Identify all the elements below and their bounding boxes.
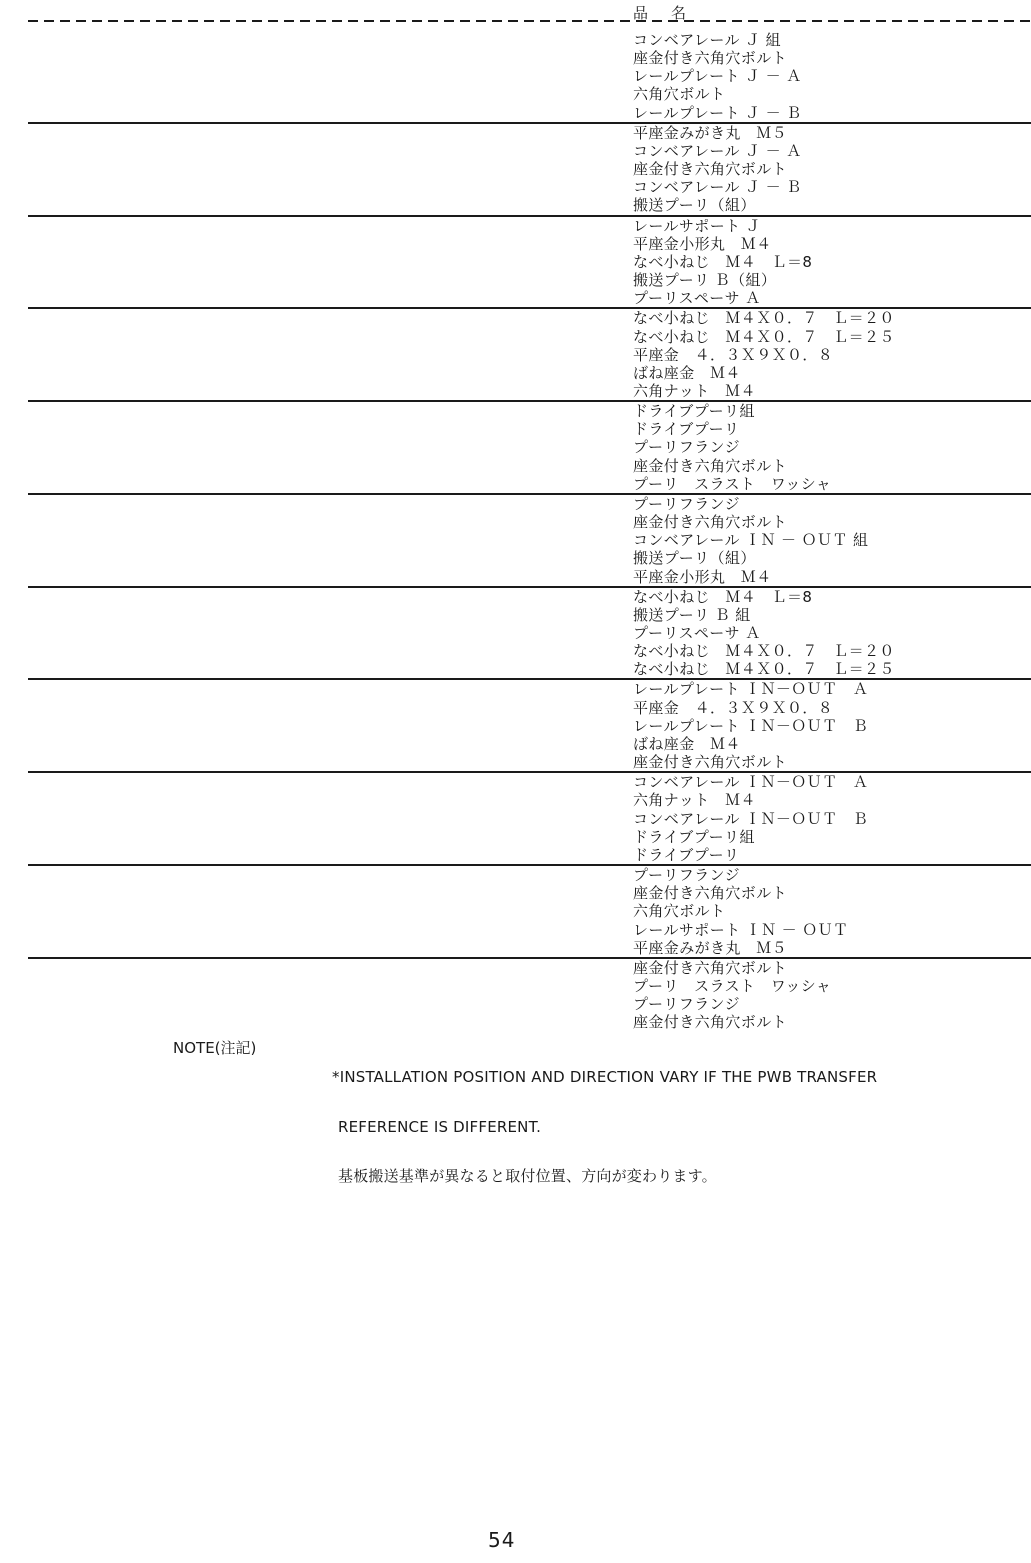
table-row: なべ小ねじ Ｍ４ Ｌ＝8 (28, 253, 1031, 271)
table-row: レールプレート Ｊ － Ａ (28, 67, 1031, 85)
table-row: 平座金みがき丸 Ｍ５ (28, 939, 1031, 957)
table-row: レールプレート ＩＮ－ＯＵＴ Ｂ (28, 717, 1031, 735)
table-row: 座金付き六角穴ボルト (28, 1013, 1031, 1031)
table-row: プーリフランジ (28, 866, 1031, 884)
table-row: プーリ スラスト ワッシャ (28, 475, 1031, 493)
parts-group: コンベアレール Ｊ 組座金付き六角穴ボルトレールプレート Ｊ － Ａ六角穴ボルト… (28, 31, 1031, 122)
table-row: 六角ナット Ｍ４ (28, 791, 1031, 809)
table-row: 六角ナット Ｍ４ (28, 382, 1031, 400)
table-row: ばね座金 Ｍ４ (28, 364, 1031, 382)
table-row: 座金付き六角穴ボルト (28, 513, 1031, 531)
table-row: プーリスペーサ Ａ (28, 289, 1031, 307)
table-row: レールプレート ＩＮ－ＯＵＴ Ａ (28, 680, 1031, 698)
table-row: プーリ スラスト ワッシャ (28, 977, 1031, 995)
note-text: *INSTALLATION POSITION AND DIRECTION VAR… (332, 1036, 877, 1218)
table-row: 座金付き六角穴ボルト (28, 457, 1031, 475)
table-row: 平座金 ４．３Ｘ９Ｘ０．８ (28, 346, 1031, 364)
note-label: NOTE(注記) (173, 1037, 256, 1058)
parts-group: 座金付き六角穴ボルトプーリ スラスト ワッシャプーリフランジ座金付き六角穴ボルト (28, 957, 1031, 1032)
table-row: なべ小ねじ Ｍ４ Ｌ＝8 (28, 588, 1031, 606)
parts-table-body: コンベアレール Ｊ 組座金付き六角穴ボルトレールプレート Ｊ － Ａ六角穴ボルト… (28, 31, 1031, 1031)
table-row: ドライブプーリ組 (28, 402, 1031, 420)
table-row: レールプレート Ｊ － Ｂ (28, 104, 1031, 122)
table-row: プーリフランジ (28, 495, 1031, 513)
note-line-3: 基板搬送基準が異なると取付位置、方向が変わります。 (338, 1168, 877, 1185)
table-row: 搬送プーリ（組） (28, 196, 1031, 214)
parts-group: コンベアレール ＩＮ－ＯＵＴ Ａ六角ナット Ｍ４コンベアレール ＩＮ－ＯＵＴ Ｂ… (28, 771, 1031, 864)
table-row: プーリフランジ (28, 438, 1031, 456)
table-row: 平座金小形丸 Ｍ４ (28, 235, 1031, 253)
note-line-1: *INSTALLATION POSITION AND DIRECTION VAR… (332, 1069, 877, 1086)
table-row: 座金付き六角穴ボルト (28, 884, 1031, 902)
table-row: コンベアレール Ｊ － Ｂ (28, 178, 1031, 196)
table-row: 六角穴ボルト (28, 85, 1031, 103)
table-row: 平座金小形丸 Ｍ４ (28, 568, 1031, 586)
header-dashed-separator (28, 20, 1031, 22)
table-row: コンベアレール Ｊ － Ａ (28, 142, 1031, 160)
parts-group: なべ小ねじ Ｍ４Ｘ０．７ Ｌ＝２０なべ小ねじ Ｍ４Ｘ０．７ Ｌ＝２５平座金 ４．… (28, 307, 1031, 400)
table-row: プーリスペーサ Ａ (28, 624, 1031, 642)
table-row: 座金付き六角穴ボルト (28, 160, 1031, 178)
table-row: コンベアレール ＩＮ－ＯＵＴ Ａ (28, 773, 1031, 791)
table-row: レールサポート ＩＮ － ＯＵＴ (28, 921, 1031, 939)
table-row: ドライブプーリ組 (28, 828, 1031, 846)
table-row: ドライブプーリ (28, 846, 1031, 864)
parts-group: レールサポート Ｊ平座金小形丸 Ｍ４なべ小ねじ Ｍ４ Ｌ＝8搬送プーリ Ｂ（組）… (28, 215, 1031, 308)
parts-group: プーリフランジ座金付き六角穴ボルト六角穴ボルトレールサポート ＩＮ － ＯＵＴ平… (28, 864, 1031, 957)
table-row: なべ小ねじ Ｍ４Ｘ０．７ Ｌ＝２０ (28, 642, 1031, 660)
parts-group: プーリフランジ座金付き六角穴ボルトコンベアレール ＩＮ － ＯＵＴ 組搬送プーリ… (28, 493, 1031, 586)
table-row: なべ小ねじ Ｍ４Ｘ０．７ Ｌ＝２５ (28, 328, 1031, 346)
page-number: 54 (488, 1528, 515, 1552)
table-row: 座金付き六角穴ボルト (28, 753, 1031, 771)
table-row: 搬送プーリ Ｂ（組） (28, 271, 1031, 289)
parts-group: 平座金みがき丸 Ｍ５コンベアレール Ｊ － Ａ座金付き六角穴ボルトコンベアレール… (28, 122, 1031, 215)
table-row: コンベアレール ＩＮ － ＯＵＴ 組 (28, 531, 1031, 549)
table-row: コンベアレール ＩＮ－ＯＵＴ Ｂ (28, 810, 1031, 828)
table-row: 平座金みがき丸 Ｍ５ (28, 124, 1031, 142)
parts-group: なべ小ねじ Ｍ４ Ｌ＝8搬送プーリ Ｂ 組プーリスペーサ Ａなべ小ねじ Ｍ４Ｘ０… (28, 586, 1031, 679)
parts-group: ドライブプーリ組ドライブプーリプーリフランジ座金付き六角穴ボルトプーリ スラスト… (28, 400, 1031, 493)
table-row: 座金付き六角穴ボルト (28, 959, 1031, 977)
table-row: 搬送プーリ（組） (28, 549, 1031, 567)
table-row: なべ小ねじ Ｍ４Ｘ０．７ Ｌ＝２０ (28, 309, 1031, 327)
table-row: 平座金 ４．３Ｘ９Ｘ０．８ (28, 699, 1031, 717)
note-line-2: REFERENCE IS DIFFERENT. (338, 1119, 877, 1136)
table-row: ばね座金 Ｍ４ (28, 735, 1031, 753)
table-row: コンベアレール Ｊ 組 (28, 31, 1031, 49)
table-row: レールサポート Ｊ (28, 217, 1031, 235)
table-row: 搬送プーリ Ｂ 組 (28, 606, 1031, 624)
table-row: 六角穴ボルト (28, 902, 1031, 920)
document-page: 品 名 コンベアレール Ｊ 組座金付き六角穴ボルトレールプレート Ｊ － Ａ六角… (0, 0, 1031, 1563)
table-row: 座金付き六角穴ボルト (28, 49, 1031, 67)
table-row: なべ小ねじ Ｍ４Ｘ０．７ Ｌ＝２５ (28, 660, 1031, 678)
parts-group: レールプレート ＩＮ－ＯＵＴ Ａ平座金 ４．３Ｘ９Ｘ０．８レールプレート ＩＮ－… (28, 678, 1031, 771)
table-row: プーリフランジ (28, 995, 1031, 1013)
table-row: ドライブプーリ (28, 420, 1031, 438)
